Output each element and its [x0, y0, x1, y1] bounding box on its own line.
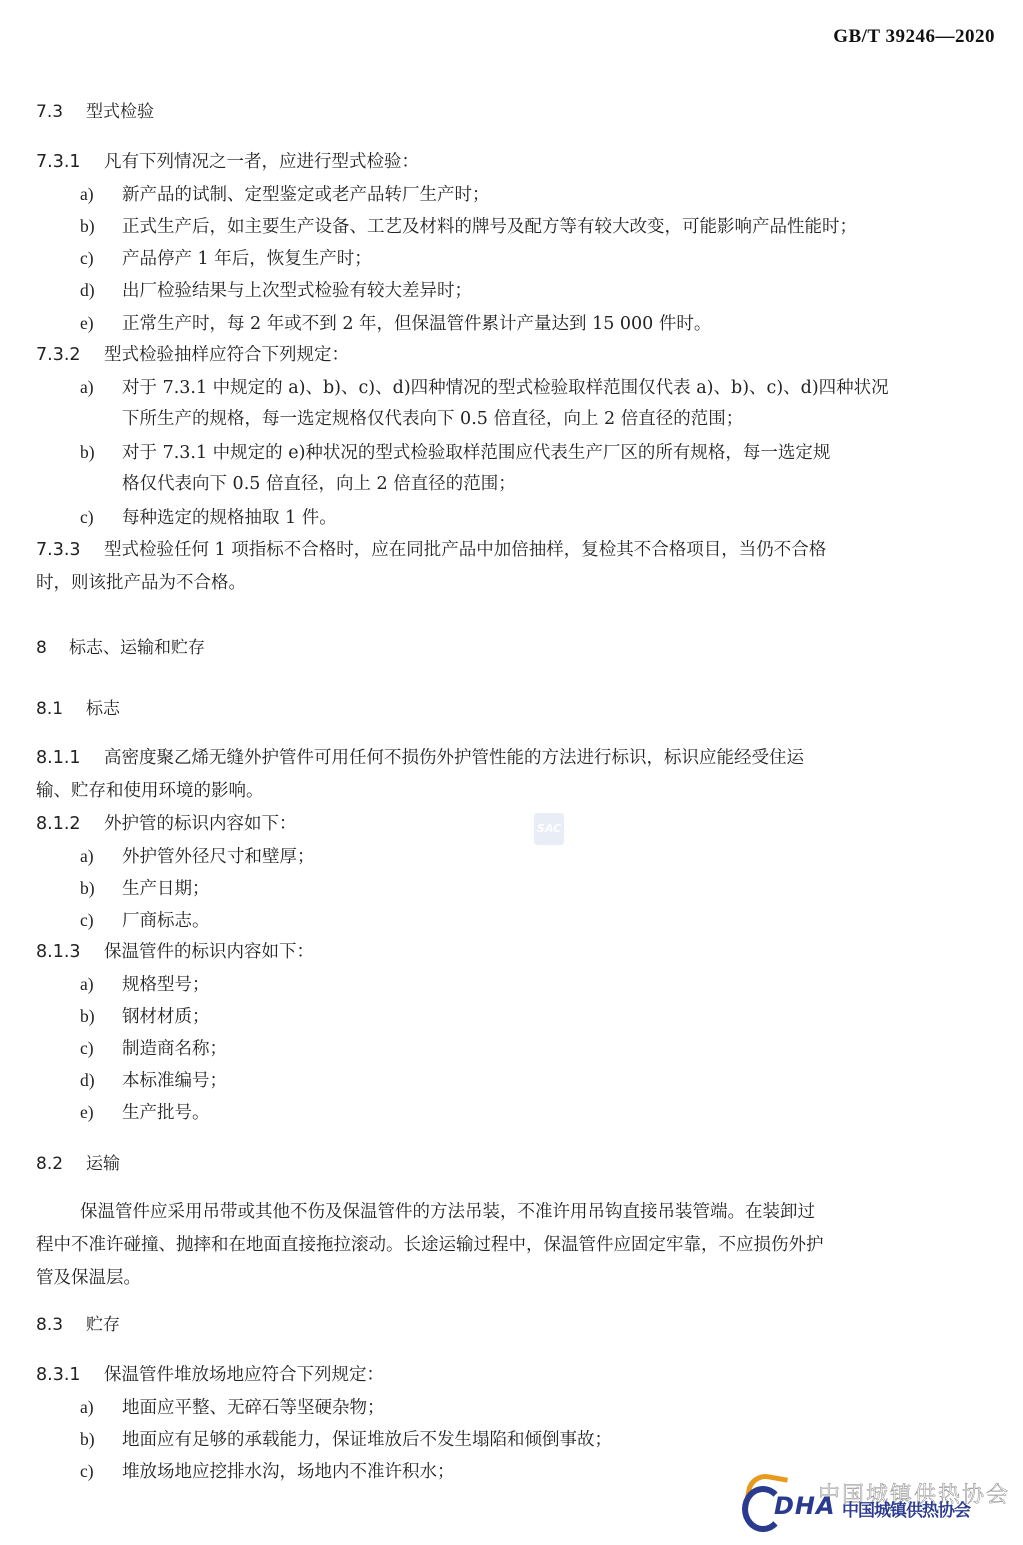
list-item: c)每种选定的规格抽取 1 件。 [80, 505, 337, 530]
list-item: b)对于 7.3.1 中规定的 e)种状况的型式检验取样范围应代表生产厂区的所有… [80, 440, 830, 465]
list-item: c)堆放场地应挖排水沟，场地内不准许积水； [80, 1459, 455, 1484]
paragraph-line: 保温管件应采用吊带或其他不伤及保温管件的方法吊装，不准许用吊钩直接吊装管端。在装… [80, 1200, 815, 1224]
list-item: b)正式生产后，如主要生产设备、工艺及材料的牌号及配方等有较大改变，可能影响产品… [80, 214, 857, 239]
clause-7-3-1: 7.3.1凡有下列情况之一者，应进行型式检验： [36, 150, 419, 174]
clause-continuation: 输、贮存和使用环境的影响。 [36, 779, 264, 803]
document-page: GB/T 39246—2020 7.3型式检验 7.3.1凡有下列情况之一者，应… [0, 0, 1023, 1545]
clause-8-1-2: 8.1.2外护管的标识内容如下： [36, 812, 297, 836]
clause-7-3-2: 7.3.2型式检验抽样应符合下列规定： [36, 343, 349, 367]
section-heading-8-2: 8.2运输 [36, 1152, 120, 1176]
section-heading-8-1: 8.1标志 [36, 697, 120, 721]
list-item: e)正常生产时，每 2 年或不到 2 年，但保温管件累计产量达到 15 000 … [80, 311, 711, 336]
section-heading-8-3: 8.3贮存 [36, 1313, 120, 1337]
list-item: d)本标准编号； [80, 1068, 227, 1093]
logo-abbreviation: DHA [774, 1492, 836, 1520]
logo-organization-name: 中国城镇供热协会 [842, 1496, 970, 1521]
list-item: c)产品停产 1 年后，恢复生产时； [80, 246, 372, 271]
clause-7-3-3: 7.3.3型式检验任何 1 项指标不合格时，应在同批产品中加倍抽样，复检其不合格… [36, 538, 826, 562]
chapter-heading-8: 8标志、运输和贮存 [36, 636, 205, 660]
section-heading-7-3: 7.3型式检验 [36, 100, 154, 124]
list-item: a)地面应平整、无碎石等坚硬杂物； [80, 1395, 385, 1420]
list-item: c)制造商名称； [80, 1036, 227, 1061]
list-item: b)生产日期； [80, 876, 210, 901]
list-item: a)规格型号； [80, 972, 210, 997]
list-item: d)出厂检验结果与上次型式检验有较大差异时； [80, 278, 472, 303]
list-item: b)地面应有足够的承载能力，保证堆放后不发生塌陷和倾倒事故； [80, 1427, 612, 1452]
list-item: a)外护管外径尺寸和壁厚； [80, 844, 315, 869]
sac-watermark: SAC [534, 813, 564, 845]
list-item: a)新产品的试制、定型鉴定或老产品转厂生产时； [80, 182, 490, 207]
clause-continuation: 时，则该批产品为不合格。 [36, 571, 246, 595]
list-item: e)生产批号。 [80, 1100, 210, 1125]
paragraph-line: 管及保温层。 [36, 1266, 141, 1290]
standard-code: GB/T 39246—2020 [833, 26, 995, 48]
list-item-continuation: 格仅代表向下 0.5 倍直径，向上 2 倍直径的范围； [122, 472, 516, 496]
paragraph-line: 程中不准许碰撞、抛摔和在地面直接拖拉滚动。长途运输过程中，保温管件应固定牢靠，不… [36, 1233, 824, 1257]
clause-8-1-3: 8.1.3保温管件的标识内容如下： [36, 940, 314, 964]
list-item: c)厂商标志。 [80, 908, 210, 933]
list-item: b)钢材材质； [80, 1004, 210, 1029]
list-item-continuation: 下所生产的规格，每一选定规格仅代表向下 0.5 倍直径，向上 2 倍直径的范围； [122, 407, 743, 431]
clause-8-1-1: 8.1.1高密度聚乙烯无缝外护管件可用任何不损伤外护管性能的方法进行标识，标识应… [36, 746, 804, 770]
clause-8-3-1: 8.3.1保温管件堆放场地应符合下列规定： [36, 1363, 384, 1387]
cdha-logo: 中国城镇供热协会 DHA 中国城镇供热协会 [742, 1472, 1012, 1524]
list-item: a)对于 7.3.1 中规定的 a)、b)、c)、d)四种情况的型式检验取样范围… [80, 375, 889, 400]
